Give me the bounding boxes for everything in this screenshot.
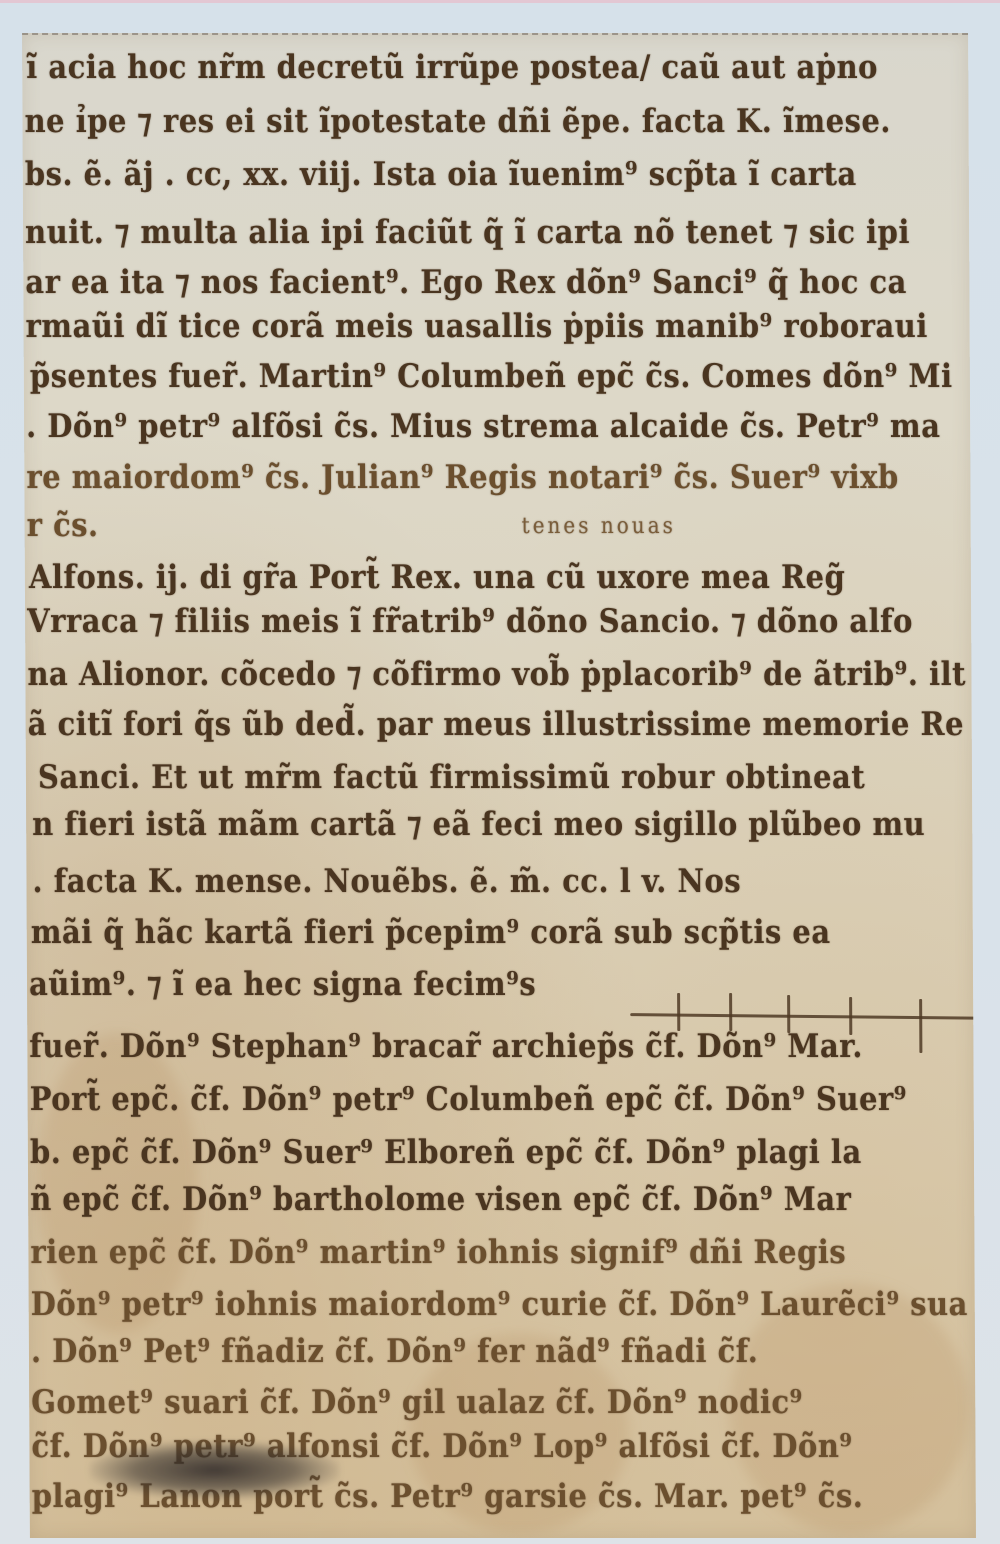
- cross-signature-icon: [919, 999, 922, 1053]
- manuscript-line-21: Port̃ epc̃. c̃f. Dõn⁹ petr⁹ Columbeñ epc…: [30, 1083, 907, 1115]
- manuscript-line-27: Gomet⁹ suari c̃f. Dõn⁹ gil ualaz c̃f. Dõ…: [31, 1386, 803, 1418]
- manuscript-parchment: ĩ acia hoc nr̃m decretũ irrũpe postea/ c…: [22, 33, 976, 1538]
- signature-rule-line: [630, 1013, 976, 1020]
- ink-blot-stain: [89, 1441, 339, 1499]
- manuscript-line-15: Sanci. Et ut mr̃m factũ firmissimũ robur…: [38, 761, 865, 793]
- manuscript-line-6: rmaũi dĩ tice corã meis uasallis ṗpiis m…: [26, 310, 928, 342]
- manuscript-line-16: n fieri istã mãm cartã ⁊ eã feci meo sig…: [32, 808, 925, 840]
- manuscript-line-19: aũim⁹. ⁊ ĩ ea hec signa fecim⁹s: [29, 968, 536, 1000]
- manuscript-line-14: ã citĩ fori q̃s ũb ded̃. par meus illust…: [28, 708, 965, 740]
- rubric-tenes-nouas: tenes nouas: [522, 514, 676, 536]
- manuscript-line-20: fuer̃. Dõn⁹ Stephan⁹ bracar̃ archiep̃s c…: [29, 1030, 863, 1062]
- manuscript-line-13: na Alionor. cõcedo ⁊ cõfirmo vob̃ ṗplaco…: [27, 658, 966, 690]
- manuscript-line-3: bs. ẽ. ãj . cc, xx. viij. Ista oia ĩueni…: [25, 158, 857, 190]
- manuscript-line-2: ne ỉpe ⁊ res ei sit ĩpotestate dñi ẽpe. …: [24, 105, 891, 137]
- manuscript-line-25: Dõn⁹ petr⁹ iohnis maiordom⁹ curie c̃f. D…: [31, 1288, 968, 1320]
- manuscript-line-8: . Dõn⁹ petr⁹ alfõsi c̃s. Mius strema alc…: [26, 410, 941, 442]
- manuscript-line-22: b. epc̃ c̃f. Dõn⁹ Suer⁹ Elboreñ epc̃ c̃f…: [30, 1136, 862, 1168]
- manuscript-line-1: ĩ acia hoc nr̃m decretũ irrũpe postea/ c…: [26, 51, 878, 83]
- manuscript-line-23: ñ epc̃ c̃f. Dõn⁹ bartholome visen epc̃ c…: [30, 1183, 851, 1215]
- manuscript-line-26: . Dõn⁹ Pet⁹ fñadiz c̃f. Dõn⁹ fer nãd⁹ fñ…: [31, 1335, 758, 1367]
- manuscript-line-7: p̃sentes fuer̃. Martin⁹ Columbeñ epc̃ c̃…: [30, 360, 953, 392]
- manuscript-line-9: re maiordom⁹ c̃s. Julian⁹ Regis notari⁹ …: [26, 461, 899, 493]
- cross-signature-icon: [677, 993, 680, 1031]
- manuscript-line-5: ar ea ita ⁊ nos facient⁹. Ego Rex dõn⁹ S…: [25, 266, 907, 298]
- manuscript-line-24: rien epc̃ c̃f. Dõn⁹ martin⁹ iohnis signi…: [30, 1236, 846, 1268]
- manuscript-line-17: . facta K. mense. Nouẽbs. ẽ. m̃. cc. l v…: [32, 865, 741, 897]
- manuscript-line-4: nuit. ⁊ multa alia ipi faciũt q̃ ĩ carta…: [25, 216, 910, 248]
- manuscript-line-18: mãi q̃ hãc kartã fieri p̃cepim⁹ corã sub…: [31, 916, 831, 948]
- manuscript-line-12: Vrraca ⁊ filiis meis ĩ fr̃atrib⁹ dõno Sa…: [27, 605, 913, 637]
- manuscript-line-11: Alfons. ij. di gr̃a Port̃ Rex. una cũ ux…: [29, 561, 846, 593]
- cross-signature-icon: [729, 993, 732, 1031]
- manuscript-line-10: r c̃s.: [27, 509, 99, 541]
